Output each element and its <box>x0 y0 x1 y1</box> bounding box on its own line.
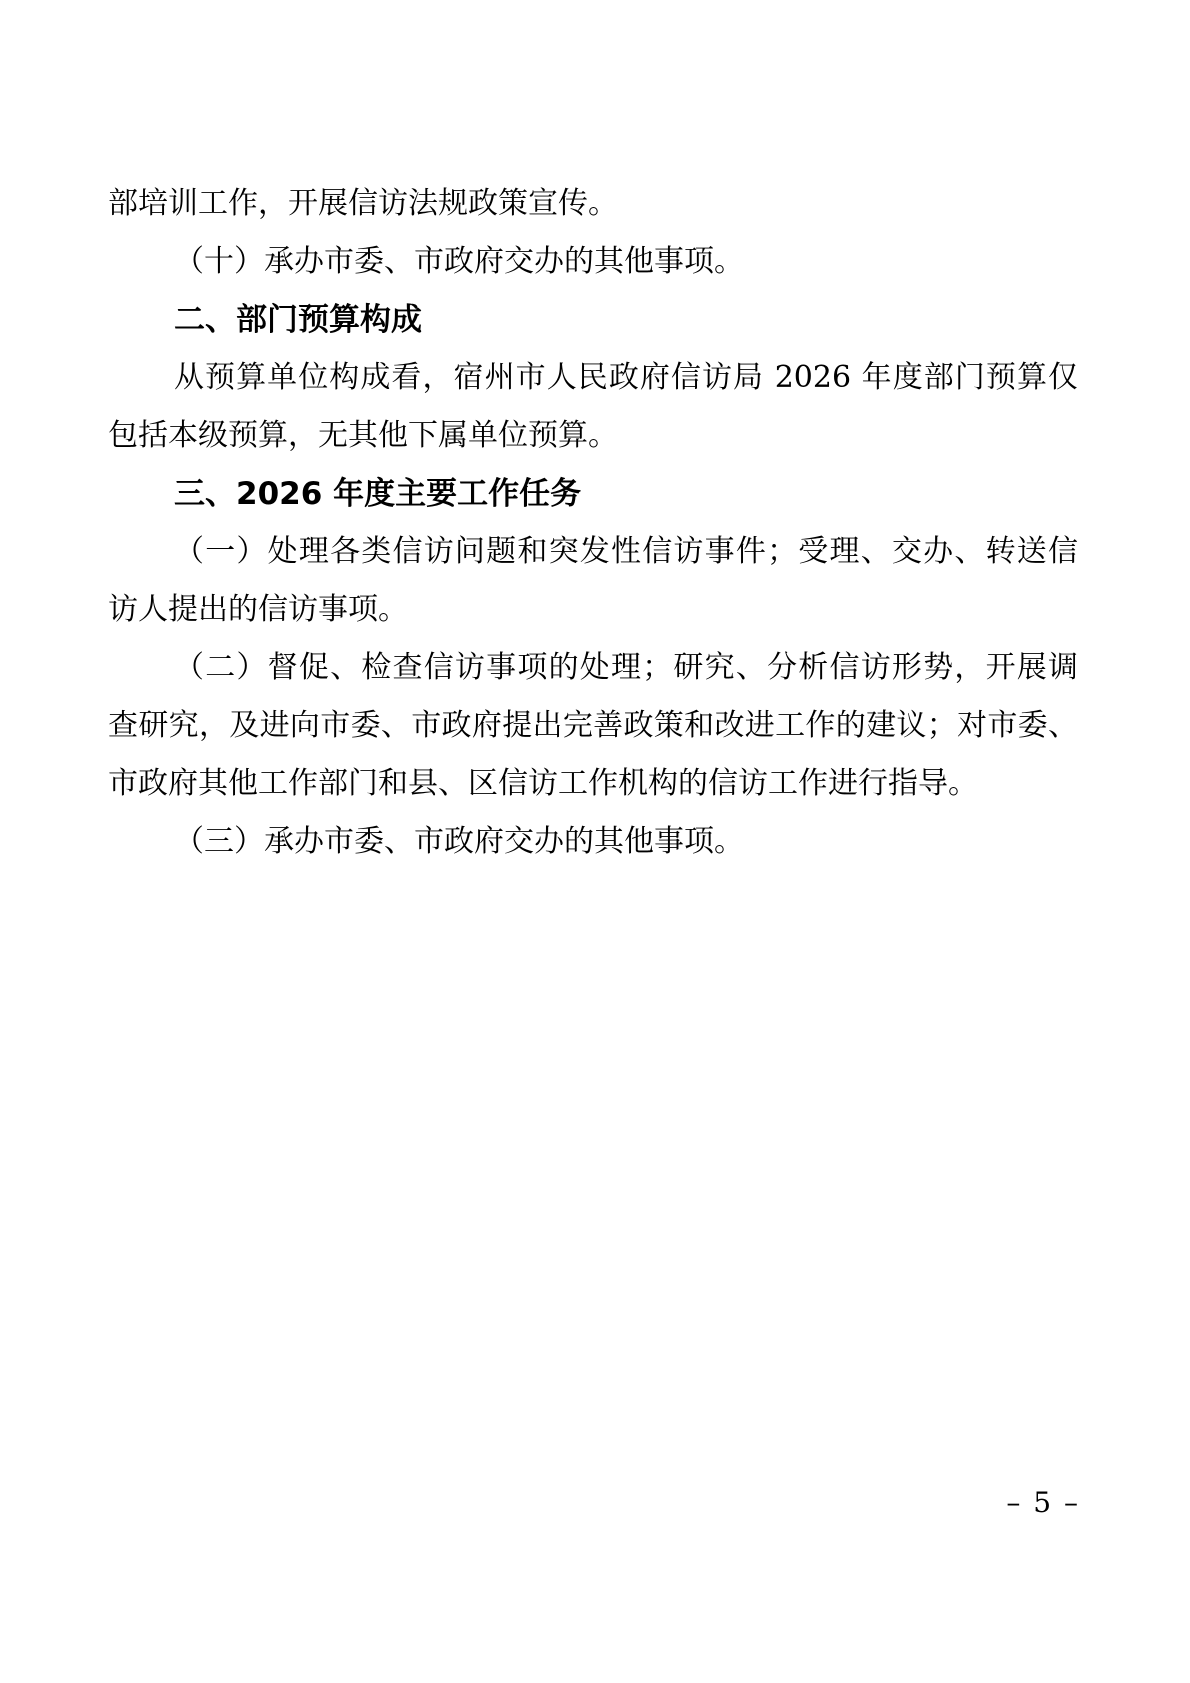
para-continuation-line: 部培训工作，开展信访法规政策宣传。 <box>108 175 1078 233</box>
para-budget-composition-line-2: 包括本级预算，无其他下属单位预算。 <box>108 407 1078 465</box>
page-number: – 5 – <box>1006 1486 1080 1520</box>
para-task-3: （三）承办市委、市政府交办的其他事项。 <box>108 813 1078 871</box>
para-task-1-line-1: （一）处理各类信访问题和突发性信访事件；受理、交办、转送信 <box>108 523 1078 581</box>
para-budget-composition-line-1: 从预算单位构成看，宿州市人民政府信访局 2026 年度部门预算仅 <box>108 349 1078 407</box>
document-page: 部培训工作，开展信访法规政策宣传。 （十）承办市委、市政府交办的其他事项。 二、… <box>0 0 1190 1683</box>
document-body: 部培训工作，开展信访法规政策宣传。 （十）承办市委、市政府交办的其他事项。 二、… <box>108 175 1078 871</box>
para-item-ten: （十）承办市委、市政府交办的其他事项。 <box>108 233 1078 291</box>
para-task-2-line-1: （二）督促、检查信访事项的处理；研究、分析信访形势，开展调 <box>108 639 1078 697</box>
heading-section-2: 二、部门预算构成 <box>108 291 1078 349</box>
para-task-2-line-3: 市政府其他工作部门和县、区信访工作机构的信访工作进行指导。 <box>108 755 1078 813</box>
para-task-1-line-2: 访人提出的信访事项。 <box>108 581 1078 639</box>
heading-section-3: 三、2026 年度主要工作任务 <box>108 465 1078 523</box>
para-task-2-line-2: 查研究，及进向市委、市政府提出完善政策和改进工作的建议；对市委、 <box>108 697 1078 755</box>
